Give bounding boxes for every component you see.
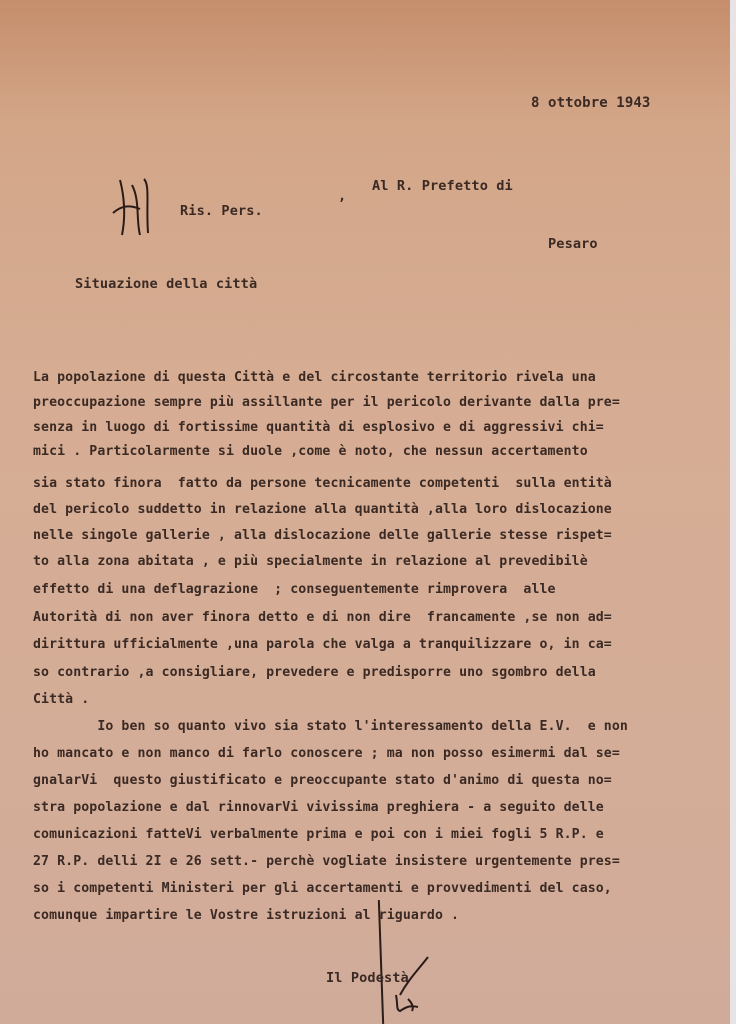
body-line: nelle singole gallerie , alla dislocazio… (33, 528, 612, 543)
body-line: ho mancato e non manco di farlo conoscer… (33, 746, 620, 761)
body-line: dirittura ufficialmente ,una parola che … (33, 637, 612, 652)
body-line: effetto di una deflagrazione ; conseguen… (33, 582, 556, 597)
body-line: 27 R.P. delli 2I e 26 sett.- perchè vogl… (33, 854, 620, 869)
body-line: Autorità di non aver finora detto e di n… (33, 610, 612, 625)
body-line: so contrario ,a consigliare, prevedere e… (33, 665, 596, 680)
body-line: Io ben so quanto vivo sia stato l'intere… (33, 719, 628, 734)
handwritten-initials-icon (110, 175, 165, 240)
body-line: mici . Particolarmente si duole ,come è … (33, 444, 588, 459)
body-line: stra popolazione e dal rinnovarVi viviss… (33, 800, 604, 815)
letter-subject: Situazione della città (75, 276, 257, 292)
handwritten-signature-icon (388, 955, 438, 1015)
letter-page: 8 ottobre 1943 , Ris. Pers. Al R. Prefet… (0, 0, 736, 1024)
body-line: comunque impartire le Vostre istruzioni … (33, 908, 459, 923)
body-line: to alla zona abitata , e più specialment… (33, 554, 588, 569)
body-line: so i competenti Ministeri per gli accert… (33, 881, 612, 896)
body-line: Città . (33, 692, 89, 707)
body-line: del pericolo suddetto in relazione alla … (33, 502, 612, 517)
body-line: preoccupazione sempre più assillante per… (33, 395, 620, 410)
comma-mark: , (338, 188, 346, 204)
recipient-city: Pesaro (548, 236, 598, 252)
body-line: sia stato finora fatto da persone tecnic… (33, 476, 612, 491)
body-line: comunicazioni fatteVi verbalmente prima … (33, 827, 604, 842)
body-line: senza in luogo di fortissime quantità di… (33, 420, 604, 435)
body-line: gnalarVi questo giustificato e preoccupa… (33, 773, 612, 788)
recipient-title: Al R. Prefetto di (372, 178, 513, 194)
classification-label: Ris. Pers. (180, 203, 263, 219)
body-line: La popolazione di questa Città e del cir… (33, 370, 596, 385)
letter-date: 8 ottobre 1943 (531, 95, 650, 111)
